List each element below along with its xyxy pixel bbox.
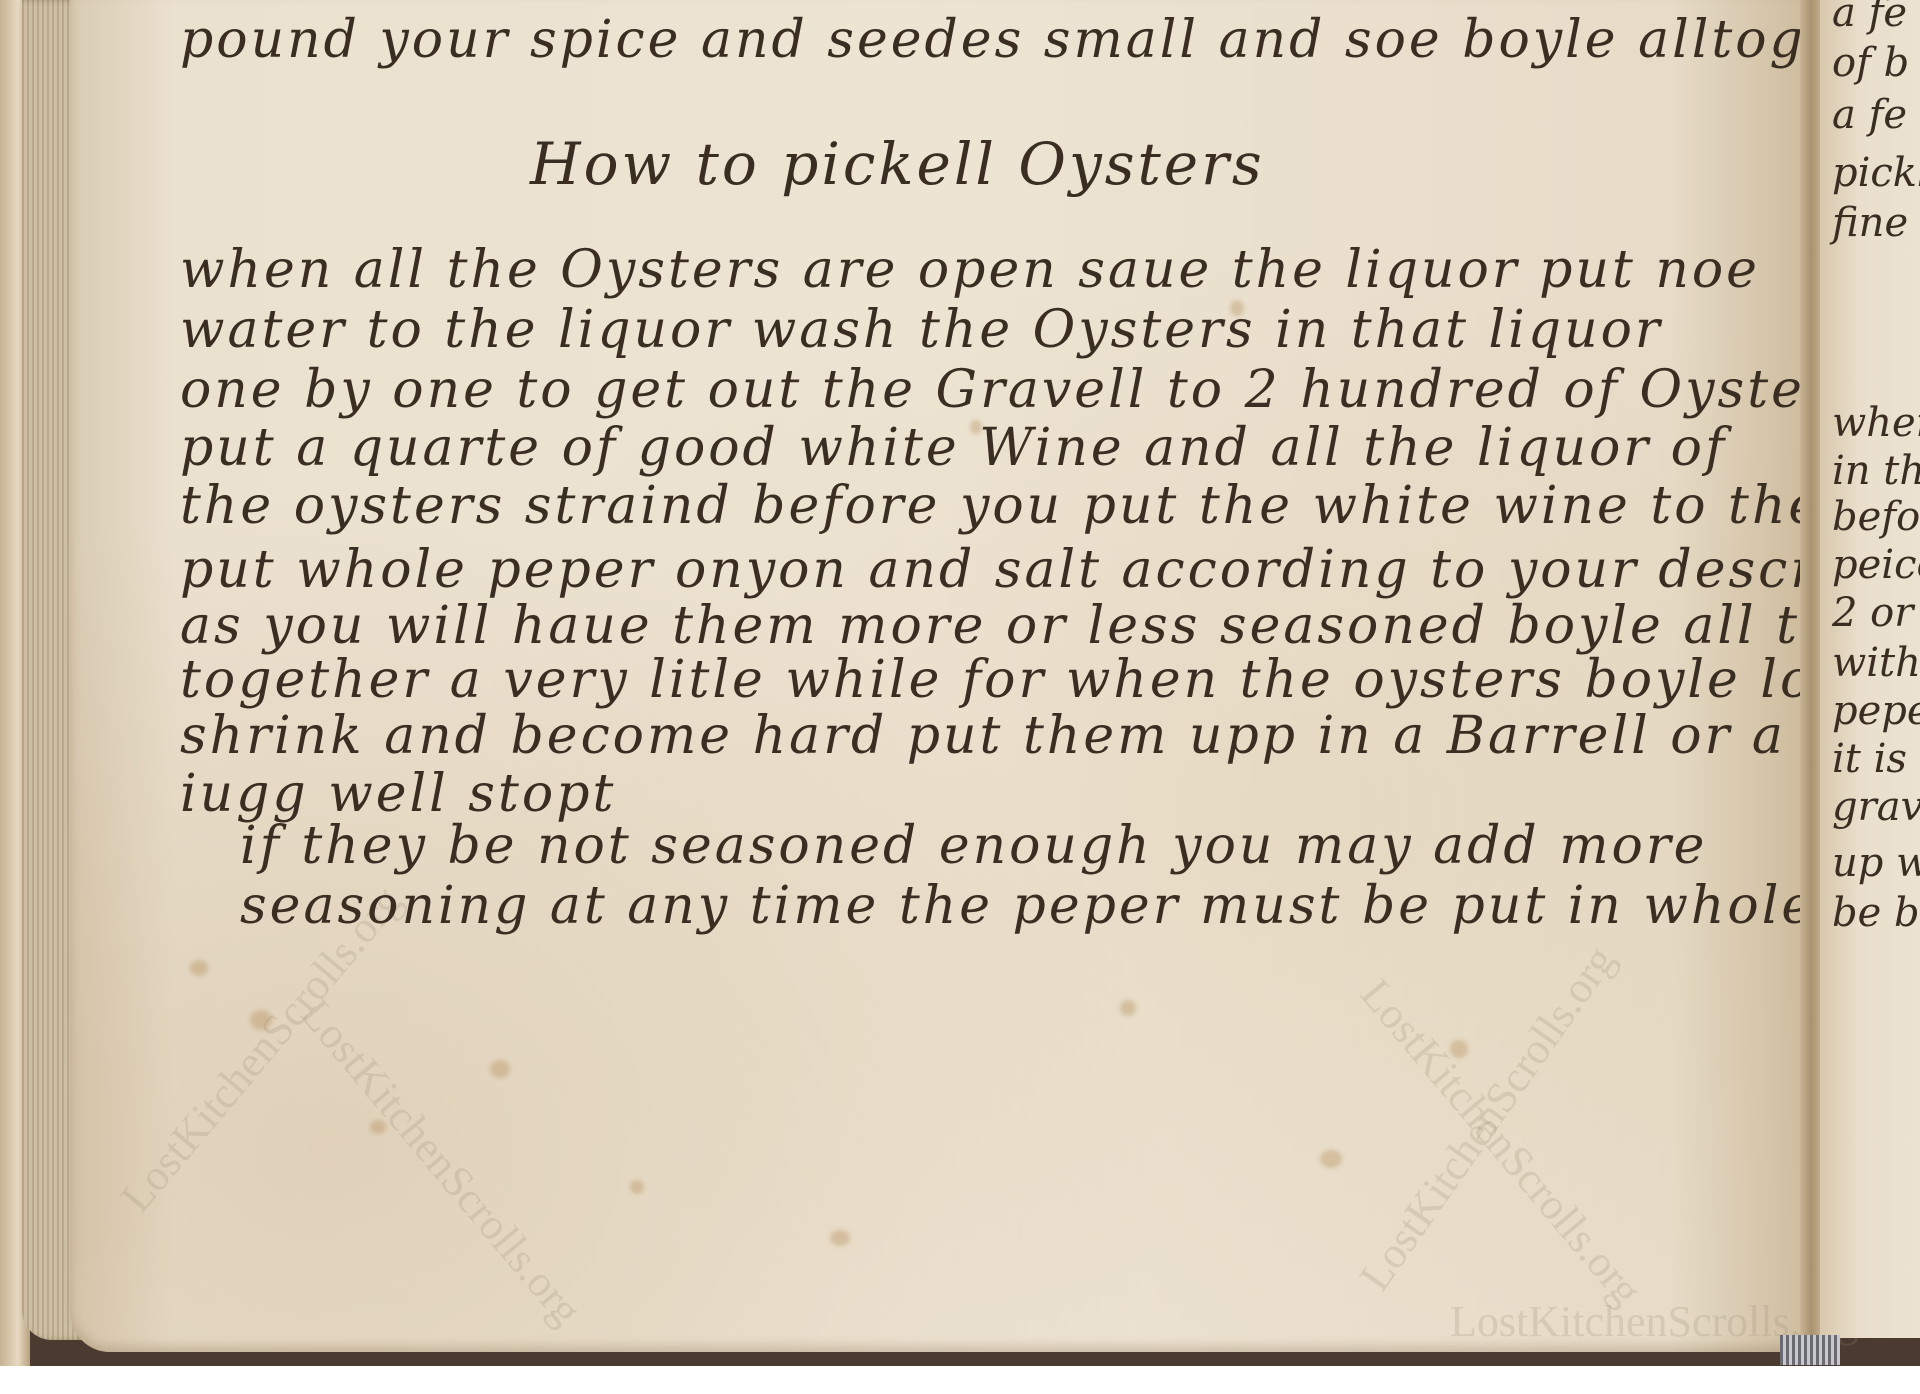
body-line: together a very litle while for when the… [180,650,1920,710]
recipe-heading: How to pickell Oysters [530,130,1265,198]
left-manuscript-page: LostKitchenScrolls.org LostKitchenScroll… [70,0,1810,1352]
body-line: put a quarte of good white Wine and all … [180,418,1727,478]
right-page-fragment: pickl [1832,150,1920,196]
body-line: the oysters straind before you put the w… [180,476,1875,536]
right-manuscript-page: a fe of b a fe pickl fine when in th bef… [1820,0,1920,1338]
right-page-fragment: peper [1832,688,1920,734]
body-line: as you will haue them more or less seaso… [180,596,1920,656]
right-page-fragment: before [1832,494,1920,540]
body-line: one by one to get out the Gravell to 2 h… [180,360,1862,420]
right-page-fragment: peices [1832,542,1920,588]
right-page-fragment: when [1832,400,1920,446]
carryover-line: pound your spice and seedes small and so… [180,10,1920,70]
right-page-fragment: of b [1832,40,1909,86]
body-line: shrink and become hard put them upp in a… [180,706,1920,766]
watermark: LostKitchenScrolls.org [290,989,592,1335]
right-page-fragment: a fe [1832,92,1907,138]
body-line: water to the liquor wash the Oysters in … [180,300,1663,360]
right-page-fragment: in th [1832,448,1920,494]
right-page-fragment: a fe [1832,0,1907,36]
right-page-fragment: be bea [1832,890,1920,936]
body-line: if they be not seasoned enough you may a… [240,816,1707,876]
right-page-fragment: it is s [1832,736,1920,782]
body-line: iugg well stopt [180,764,616,824]
body-line: put whole peper onyon and salt according… [180,540,1920,600]
right-page-fragment: 2 or 3 [1832,590,1920,636]
right-page-fragment: gravy [1832,784,1920,830]
book-gutter [1800,0,1822,1352]
spine-headband [1780,1335,1840,1365]
right-page-fragment: fine [1832,200,1908,246]
body-line: when all the Oysters are open saue the l… [180,240,1760,300]
right-page-fragment: up w [1832,840,1920,886]
open-book: LostKitchenScrolls.org LostKitchenScroll… [0,0,1920,1366]
body-line: seasoning at any time the peper must be … [240,876,1815,936]
right-page-fragment: with [1832,640,1920,686]
